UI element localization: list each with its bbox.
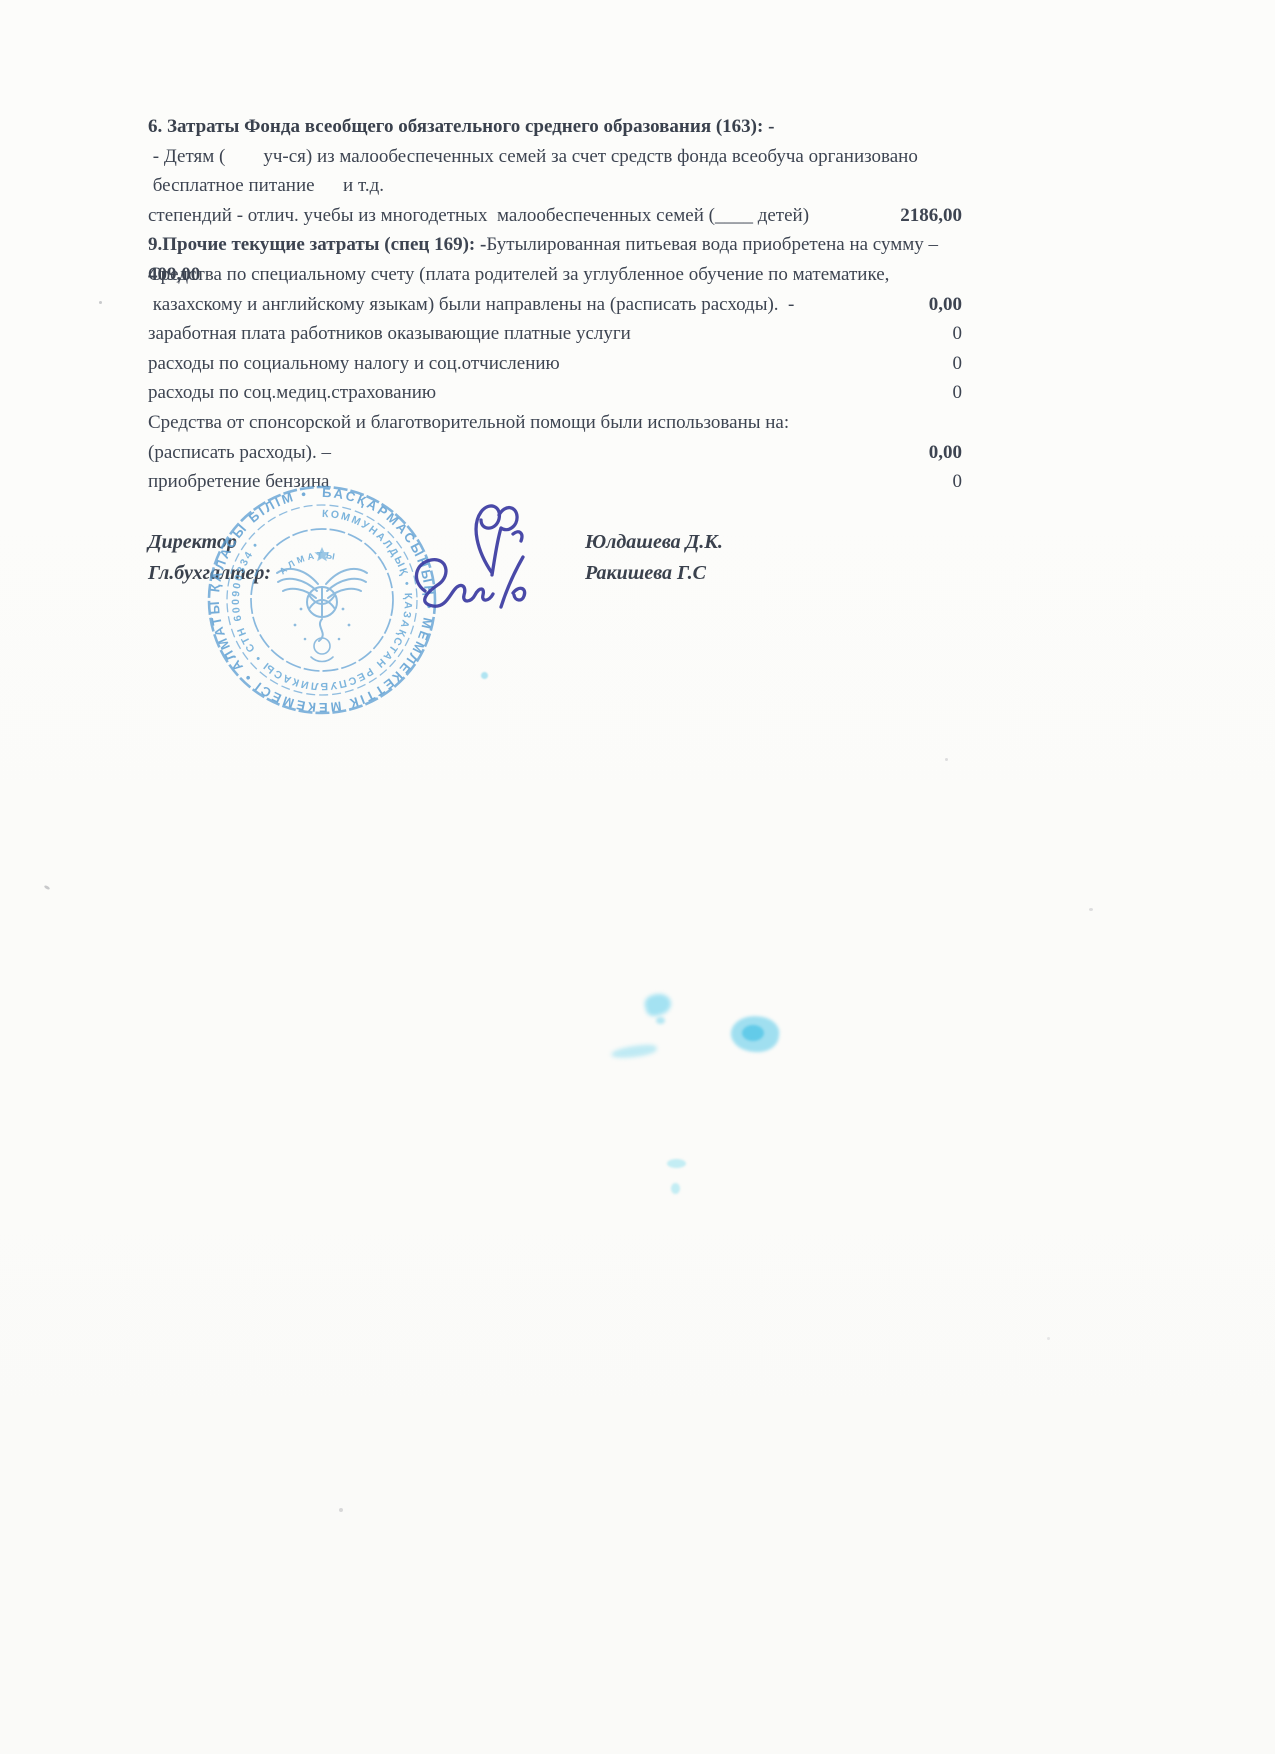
amount-value: 2186,00 [900, 201, 962, 231]
report-line: заработная плата работников оказывающие … [148, 319, 962, 349]
signature-director-ink [476, 506, 522, 575]
report-line: расходы по соц.медиц.страхованию0 [148, 378, 962, 408]
cyan-ink-smudge [643, 991, 674, 1018]
scan-dust-speck [945, 758, 948, 761]
cyan-ink-smudge [481, 672, 488, 679]
line-text: расходы по социальному налогу и соц.отчи… [148, 349, 953, 379]
cyan-ink-smudge [656, 1017, 665, 1024]
scan-dust-speck [1047, 1337, 1050, 1340]
amount-value: 0,00 [929, 438, 962, 468]
line-text: казахскому и английскому языкам) были на… [148, 290, 929, 320]
line-text: 6. Затраты Фонда всеобщего обязательного… [148, 112, 962, 142]
report-line: (расписать расходы). –0,00 [148, 438, 962, 468]
report-body: 6. Затраты Фонда всеобщего обязательного… [148, 112, 962, 497]
line-text: расходы по соц.медиц.страхованию [148, 378, 953, 408]
cyan-ink-smudge [611, 1043, 658, 1060]
report-line: расходы по социальному налогу и соц.отчи… [148, 349, 962, 379]
cyan-ink-smudge [671, 1183, 680, 1194]
report-line: 6. Затраты Фонда всеобщего обязательного… [148, 112, 962, 142]
amount-value: 0 [953, 319, 963, 349]
report-line: казахскому и английскому языкам) были на… [148, 290, 962, 320]
svg-text:АЛМАТЫ: АЛМАТЫ [278, 550, 339, 576]
scan-dust-speck [44, 885, 51, 891]
report-line: степендий - отлич. учебы из многодетных … [148, 201, 962, 231]
report-line: бесплатное питание и т.д. [148, 171, 962, 201]
report-line: - Детям ( уч-ся) из малообеспеченных сем… [148, 142, 962, 172]
report-line: Средства от спонсорской и благотворитель… [148, 408, 962, 438]
line-text: заработная плата работников оказывающие … [148, 319, 953, 349]
cyan-ink-smudge [728, 1012, 781, 1055]
signature-accountant-ink [416, 557, 524, 607]
report-line: Средства по специальному счету (плата ро… [148, 260, 962, 290]
amount-value: 0 [953, 378, 963, 408]
amount-value: 0 [953, 349, 963, 379]
accountant-name: Ракишева Г.С [585, 558, 706, 589]
amount-value: 0,00 [929, 290, 962, 320]
scan-dust-speck [339, 1508, 343, 1512]
line-text: Средства по специальному счету (плата ро… [148, 260, 962, 290]
cyan-ink-smudge [667, 1159, 686, 1168]
amount-value: 0 [953, 467, 963, 497]
line-text-middle: Бутылированная питьевая вода приобретена… [486, 234, 942, 255]
line-text: степендий - отлич. учебы из многодетных … [148, 201, 900, 231]
cyan-ink-smudge [742, 1025, 764, 1041]
line-text: - Детям ( уч-ся) из малообеспеченных сем… [148, 142, 962, 172]
director-name: Юлдашева Д.К. [585, 527, 723, 558]
line-text: (расписать расходы). – [148, 438, 929, 468]
report-line: 9.Прочие текущие затраты (спец 169): -Бу… [148, 230, 962, 260]
handwritten-signatures-ink [395, 493, 545, 625]
scan-dust-speck [1089, 908, 1093, 911]
line-text: бесплатное питание и т.д. [148, 171, 962, 201]
line-text: Средства от спонсорской и благотворитель… [148, 408, 962, 438]
scanned-document-page: 6. Затраты Фонда всеобщего обязательного… [0, 0, 1275, 1754]
line-prefix-bold: 9.Прочие текущие затраты (спец 169): - [148, 234, 486, 255]
stamp-city-arc-text: АЛМАТЫ [278, 550, 339, 576]
scan-dust-speck [99, 301, 102, 304]
